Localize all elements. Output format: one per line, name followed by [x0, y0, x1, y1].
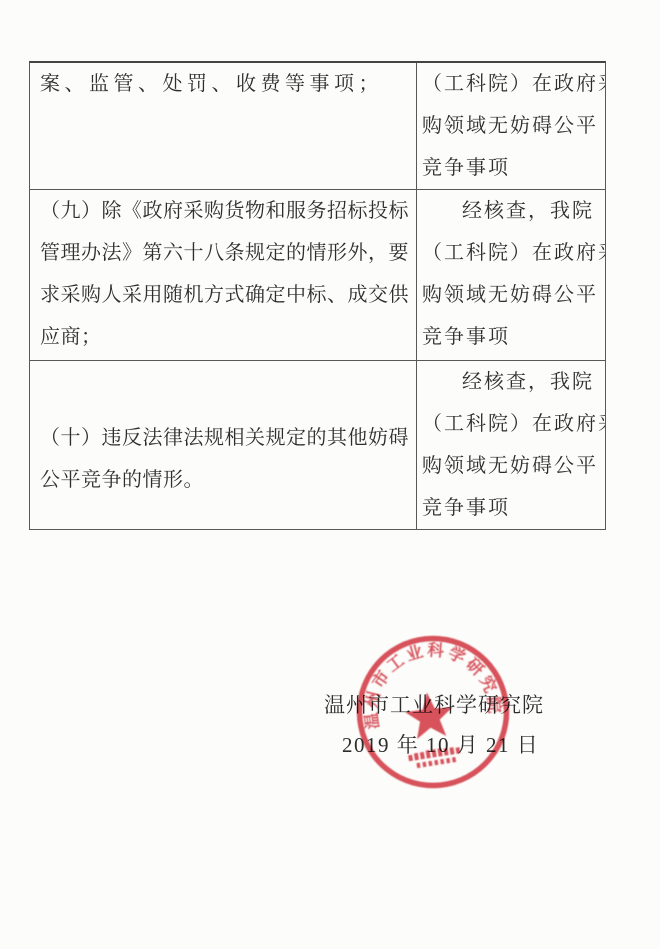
review-item-text: 公平竞争的情形。	[40, 459, 408, 501]
review-item-text: 求采购人采用随机方式确定中标、成交供	[40, 274, 408, 316]
review-result-text: 竞争事项	[422, 487, 601, 529]
review-item-cell: 案、监管、处罚、收费等事项；	[30, 63, 417, 189]
signature-date: 2019 年 10 月 21 日	[342, 729, 539, 759]
review-result-text: 竞争事项	[422, 147, 601, 189]
scanned-document-page: 案、监管、处罚、收费等事项； （工科院）在政府采 购领域无妨碍公平 竞争事项 （…	[0, 0, 660, 949]
review-result-text: 经核查，我院	[422, 361, 601, 403]
review-item-text: 应商；	[40, 316, 408, 358]
review-result-text: 竞争事项	[422, 316, 601, 358]
review-result-cell: 经核查，我院 （工科院）在政府采 购领域无妨碍公平 竞争事项	[417, 190, 605, 360]
review-item-cell: （九）除《政府采购货物和服务招标投标 管理办法》第六十八条规定的情形外，要 求采…	[30, 190, 417, 360]
review-item-text: 案、监管、处罚、收费等事项；	[40, 63, 408, 105]
signature-organization: 温州市工业科学研究院	[324, 689, 544, 719]
review-result-text: （工科院）在政府采	[422, 403, 601, 445]
review-item-text: （九）除《政府采购货物和服务招标投标	[40, 190, 408, 232]
table-row: （九）除《政府采购货物和服务招标投标 管理办法》第六十八条规定的情形外，要 求采…	[30, 190, 605, 361]
table-row: （十）违反法律法规相关规定的其他妨碍 公平竞争的情形。 经核查，我院 （工科院）…	[30, 361, 605, 529]
review-result-text: （工科院）在政府采	[422, 232, 601, 274]
review-result-text: 购领域无妨碍公平	[422, 274, 601, 316]
table-row: 案、监管、处罚、收费等事项； （工科院）在政府采 购领域无妨碍公平 竞争事项	[30, 63, 605, 190]
review-result-cell: 经核查，我院 （工科院）在政府采 购领域无妨碍公平 竞争事项	[417, 361, 605, 529]
compliance-review-table: 案、监管、处罚、收费等事项； （工科院）在政府采 购领域无妨碍公平 竞争事项 （…	[29, 61, 606, 530]
review-result-text: 购领域无妨碍公平	[422, 445, 601, 487]
review-item-text: （十）违反法律法规相关规定的其他妨碍	[40, 417, 408, 459]
review-result-text: （工科院）在政府采	[422, 63, 601, 105]
review-result-text: 购领域无妨碍公平	[422, 105, 601, 147]
review-item-text: 管理办法》第六十八条规定的情形外，要	[40, 232, 408, 274]
review-result-text: 经核查，我院	[422, 190, 601, 232]
review-item-cell: （十）违反法律法规相关规定的其他妨碍 公平竞争的情形。	[30, 361, 417, 529]
review-result-cell: （工科院）在政府采 购领域无妨碍公平 竞争事项	[417, 63, 605, 189]
